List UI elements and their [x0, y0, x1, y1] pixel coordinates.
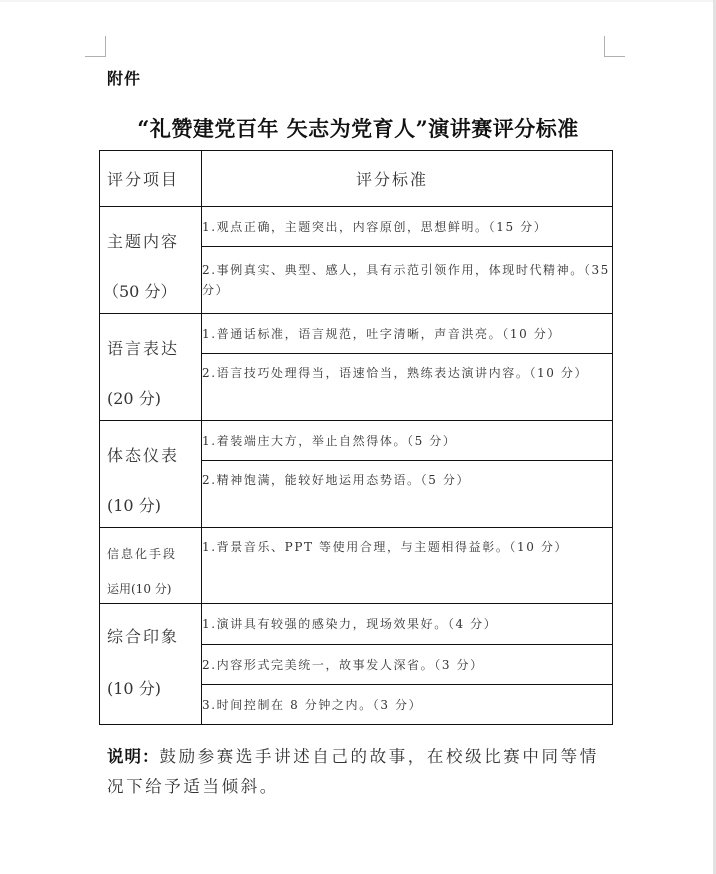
margin-corner-mark-top-left	[85, 36, 106, 57]
category-cell: 综合印象 (10 分)	[100, 604, 202, 725]
table-row: 体态仪表 (10 分) 1.着装端庄大方，举止自然得体。（5 分）	[100, 421, 613, 461]
scoring-table: 评分项目 评分标准 主题内容 （50 分） 1.观点正确，主题突出，内容原创，思…	[99, 150, 613, 725]
note-text: 鼓励参赛选手讲述自己的故事，在校级比赛中同等情况下给予适当倾斜。	[107, 747, 599, 796]
criterion-cell: 1.普通话标准，语言规范，吐字清晰，声音洪亮。（10 分）	[202, 314, 613, 354]
criterion-cell: 3.时间控制在 8 分钟之内。（3 分）	[202, 685, 613, 725]
category-points: (10 分)	[107, 676, 161, 699]
table-row: 信息化手段 运用(10 分) 1.背景音乐、PPT 等使用合理，与主题相得益彰。…	[100, 528, 613, 604]
header-criteria: 评分标准	[202, 151, 613, 207]
category-cell: 主题内容 （50 分）	[100, 207, 202, 314]
criterion-cell: 1.演讲具有较强的感染力，现场效果好。（4 分）	[202, 604, 613, 645]
category-points: （50 分）	[103, 279, 176, 302]
category-name: 综合印象	[107, 624, 179, 647]
category-name: 体态仪表	[107, 443, 179, 466]
category-name: 主题内容	[107, 229, 179, 252]
page-top-shade	[0, 0, 716, 2]
table-header-row: 评分项目 评分标准	[100, 151, 613, 207]
category-points: 运用(10 分)	[107, 580, 171, 597]
criterion-cell: 2.精神饱满，能较好地运用态势语。（5 分）	[202, 461, 613, 528]
attachment-label: 附件	[107, 66, 141, 89]
category-name: 语言表达	[107, 336, 179, 359]
criterion-cell: 2.语言技巧处理得当，语速恰当，熟练表达演讲内容。（10 分）	[202, 354, 613, 421]
category-cell: 体态仪表 (10 分)	[100, 421, 202, 528]
category-cell: 语言表达 (20 分)	[100, 314, 202, 421]
criterion-cell: 1.着装端庄大方，举止自然得体。（5 分）	[202, 421, 613, 461]
table-row: 综合印象 (10 分) 1.演讲具有较强的感染力，现场效果好。（4 分）	[100, 604, 613, 645]
note-label: 说明：	[107, 747, 160, 766]
criterion-cell: 2.内容形式完美统一，故事发人深省。（3 分）	[202, 644, 613, 685]
category-cell: 信息化手段 运用(10 分)	[100, 528, 202, 604]
category-points: (10 分)	[107, 493, 161, 516]
header-category: 评分项目	[100, 151, 202, 207]
category-points: (20 分)	[107, 386, 161, 409]
category-name: 信息化手段	[107, 545, 177, 562]
table-row: 语言表达 (20 分) 1.普通话标准，语言规范，吐字清晰，声音洪亮。（10 分…	[100, 314, 613, 354]
document-title: “礼赞建党百年 矢志为党育人”演讲赛评分标准	[0, 113, 716, 143]
criterion-cell: 2.事例真实、典型、感人，具有示范引领作用，体现时代精神。（35 分）	[202, 247, 613, 314]
note-paragraph: 说明：鼓励参赛选手讲述自己的故事，在校级比赛中同等情况下给予适当倾斜。	[107, 742, 612, 802]
margin-corner-mark-top-right	[604, 36, 625, 57]
criterion-cell: 1.观点正确，主题突出，内容原创，思想鲜明。（15 分）	[202, 207, 613, 247]
criterion-cell: 1.背景音乐、PPT 等使用合理，与主题相得益彰。（10 分）	[202, 528, 613, 604]
table-row: 主题内容 （50 分） 1.观点正确，主题突出，内容原创，思想鲜明。（15 分）	[100, 207, 613, 247]
